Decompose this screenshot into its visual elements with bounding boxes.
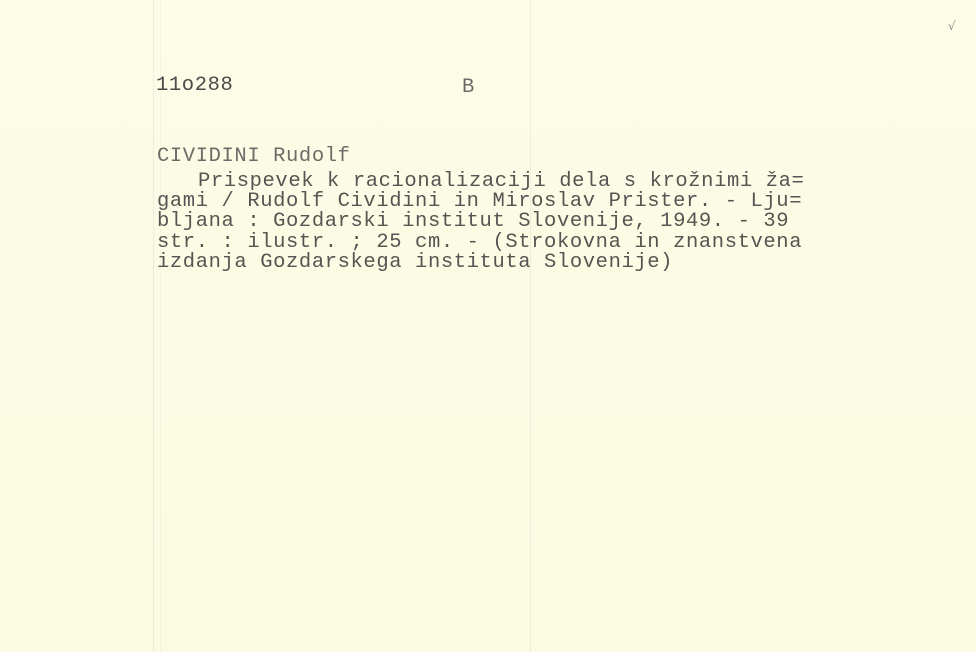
description-line: Prispevek k racionalizaciji dela s krožn… — [198, 172, 804, 192]
description-line: bljana : Gozdarski institut Slovenije, 1… — [157, 212, 789, 232]
margin-guide-line — [160, 0, 161, 652]
location-code: B — [462, 78, 475, 98]
fold-guide-line — [530, 0, 531, 652]
margin-guide-line — [153, 0, 154, 652]
description-line: gami / Rudolf Cividini in Miroslav Prist… — [157, 192, 802, 212]
description-line: izdanja Gozdarskega instituta Slovenije) — [157, 253, 673, 273]
catalog-card: √ 11o288 B CIVIDINI Rudolf Prispevek k r… — [0, 0, 976, 652]
check-mark: √ — [948, 19, 956, 33]
author-heading: CIVIDINI Rudolf — [157, 147, 351, 167]
call-number: 11o288 — [156, 76, 233, 96]
description-line: str. : ilustr. ; 25 cm. - (Strokovna in … — [157, 233, 802, 253]
